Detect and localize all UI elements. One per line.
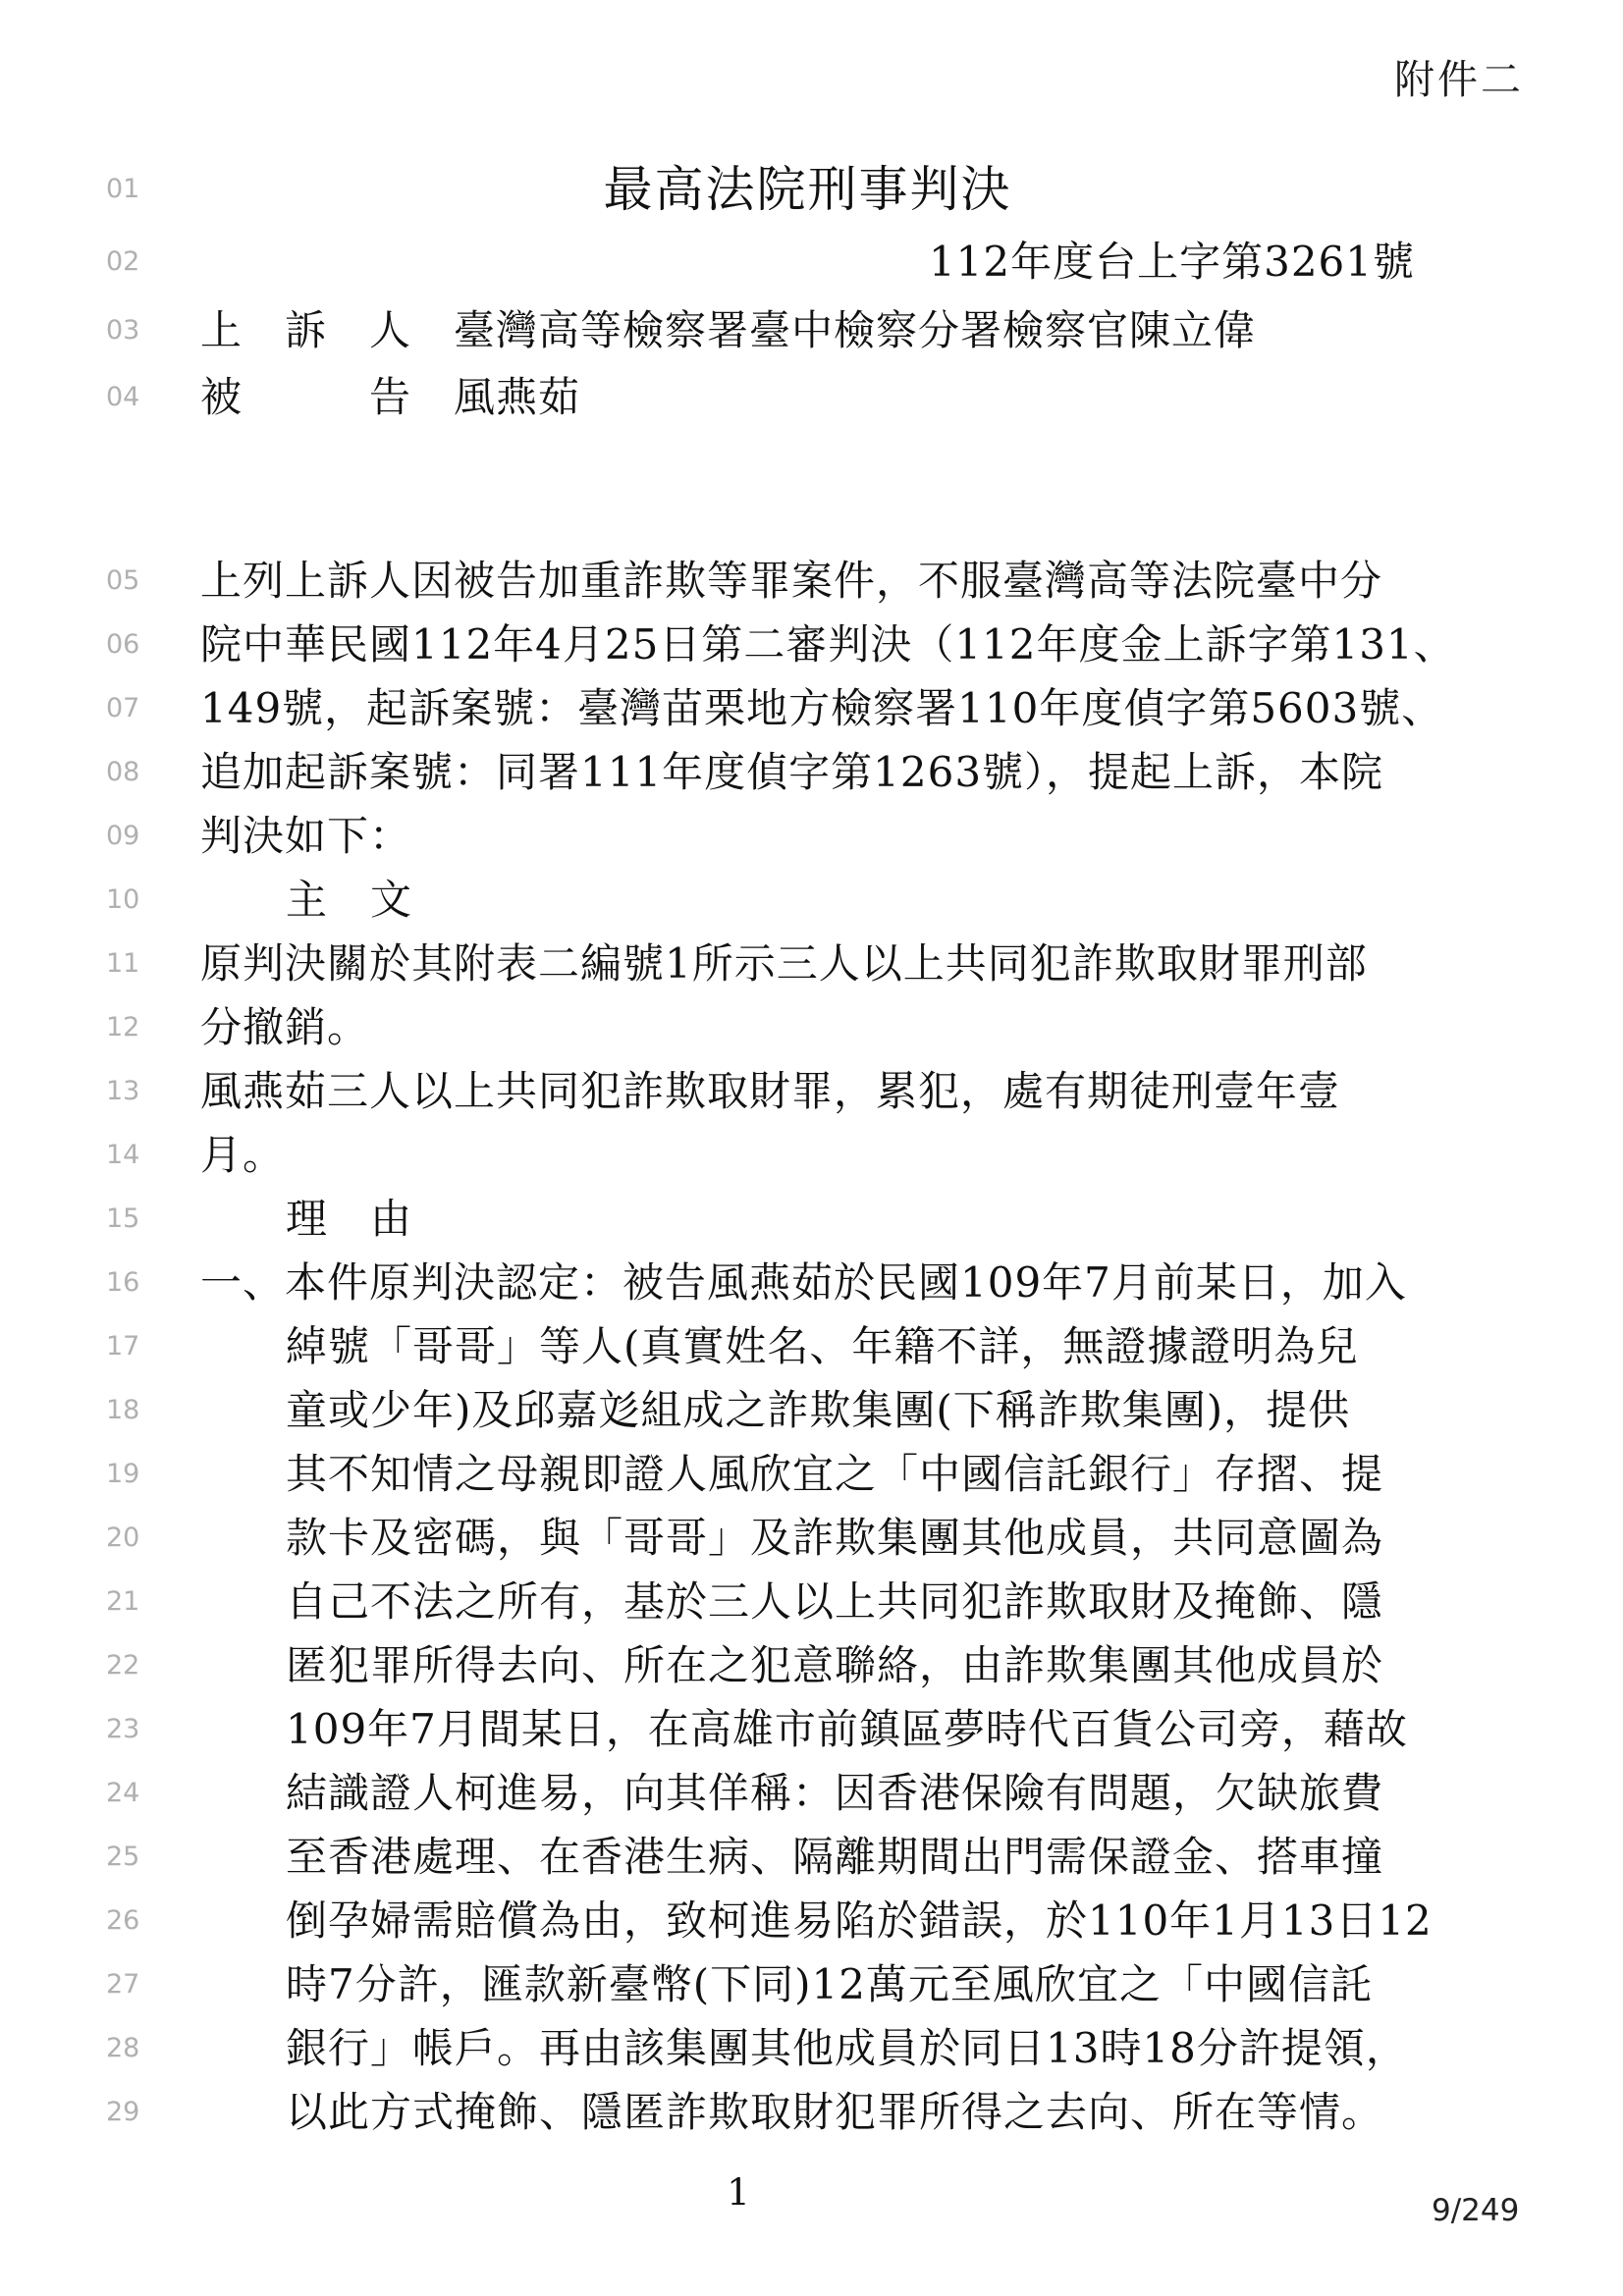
line-number: 06 [106, 614, 175, 676]
line-text: 款卡及密碼，與「哥哥」及詐欺集團其他成員，共同意圖為 [286, 1507, 1383, 1570]
judgment-line: 17 綽號「哥哥」等人(真實姓名、年籍不詳，無證據證明為兒 [0, 1315, 1623, 1378]
line-number: 11 [106, 933, 175, 995]
judgment-line: 29 以此方式掩飾、隱匿詐欺取財犯罪所得之去向、所在等情。 [0, 2081, 1623, 2144]
judgment-line: 19 其不知情之母親即證人風欣宜之「中國信託銀行」存摺、提 [0, 1443, 1623, 1506]
judgment-line: 20 款卡及密碼，與「哥哥」及詐欺集團其他成員，共同意圖為 [0, 1507, 1623, 1570]
line-text: 時7分許，匯款新臺幣(下同)12萬元至風欣宜之「中國信託 [286, 1953, 1373, 2016]
line-number: 14 [106, 1124, 175, 1187]
line-text: 分撤銷。 [200, 996, 369, 1059]
line-text: 風燕茹三人以上共同犯詐欺取財罪，累犯，處有期徒刑壹年壹 [200, 1060, 1340, 1123]
line-number: 20 [106, 1507, 175, 1570]
appellant-line: 上 訴 人 臺灣高等檢察署臺中檢察分署檢察官陳立偉 [200, 299, 1256, 362]
line-number: 22 [106, 1634, 175, 1697]
judgment-line: 21 自己不法之所有，基於三人以上共同犯詐欺取財及掩飾、隱 [0, 1571, 1623, 1633]
judgment-line: 25 至香港處理、在香港生病、隔離期間出門需保證金、搭車撞 [0, 1826, 1623, 1889]
judgment-line: 26 倒孕婦需賠償為由，致柯進易陷於錯誤，於110年1月13日12 [0, 1890, 1623, 1952]
judgment-line: 08 追加起訴案號：同署111年度偵字第1263號），提起上訴，本院 [0, 741, 1623, 804]
line-number: 17 [106, 1315, 175, 1378]
judgment-line: 24 結識證人柯進易，向其佯稱：因香港保險有問題，欠缺旅費 [0, 1762, 1623, 1825]
judgment-line: 27 時7分許，匯款新臺幣(下同)12萬元至風欣宜之「中國信託 [0, 1953, 1623, 2016]
line-text: 銀行」帳戶。再由該集團其他成員於同日13時18分許提領， [286, 2017, 1408, 2080]
line-text: 倒孕婦需賠償為由，致柯進易陷於錯誤，於110年1月13日12 [286, 1890, 1433, 1952]
line-text: 匿犯罪所得去向、所在之犯意聯絡，由詐欺集團其他成員於 [286, 1634, 1383, 1697]
line-number: 05 [106, 550, 175, 613]
judgment-line: 06 院中華民國112年4月25日第二審判決（112年度金上訴字第131、 [0, 614, 1623, 676]
judgment-line: 07 149號，起訴案號：臺灣苗栗地方檢察署110年度偵字第5603號、 [0, 677, 1623, 740]
line-text: 149號，起訴案號：臺灣苗栗地方檢察署110年度偵字第5603號、 [200, 677, 1443, 740]
line-number: 15 [106, 1188, 175, 1251]
line-number: 10 [106, 869, 175, 932]
reasons-heading: 理 由 [286, 1188, 412, 1251]
line-number: 16 [106, 1252, 175, 1314]
line-text: 原判決關於其附表二編號1所示三人以上共同犯詐欺取財罪刑部 [200, 933, 1368, 995]
line-text: 其不知情之母親即證人風欣宜之「中國信託銀行」存摺、提 [286, 1443, 1383, 1506]
judgment-line: 01 最高法院刑事判決 [0, 154, 1623, 225]
judgment-line: 16 一、本件原判決認定：被告風燕茹於民國109年7月前某日，加入 [0, 1252, 1623, 1314]
pagination-counter: 9/249 [1432, 2193, 1519, 2228]
line-number: 23 [106, 1698, 175, 1761]
line-text: 以此方式掩飾、隱匿詐欺取財犯罪所得之去向、所在等情。 [286, 2081, 1383, 2144]
judgment-line: 13 風燕茹三人以上共同犯詐欺取財罪，累犯，處有期徒刑壹年壹 [0, 1060, 1623, 1123]
main-text-heading: 主 文 [286, 869, 412, 932]
line-number: 21 [106, 1571, 175, 1633]
judgment-line: 05 上列上訴人因被告加重詐欺等罪案件，不服臺灣高等法院臺中分 [0, 550, 1623, 613]
line-text: 追加起訴案號：同署111年度偵字第1263號），提起上訴，本院 [200, 741, 1383, 804]
line-text: 判決如下： [200, 805, 411, 868]
judgment-line: 09 判決如下： [0, 805, 1623, 868]
judgment-line: 23 109年7月間某日，在高雄市前鎮區夢時代百貨公司旁，藉故 [0, 1698, 1623, 1761]
line-text: 月。 [200, 1124, 285, 1187]
line-text: 109年7月間某日，在高雄市前鎮區夢時代百貨公司旁，藉故 [286, 1698, 1408, 1761]
defendant-line: 被 告 風燕茹 [200, 366, 580, 429]
judgment-line: 04 被 告 風燕茹 [0, 366, 1623, 429]
line-text: 至香港處理、在香港生病、隔離期間出門需保證金、搭車撞 [286, 1826, 1383, 1889]
line-number: 07 [106, 677, 175, 740]
line-number: 03 [106, 299, 175, 362]
line-number: 27 [106, 1953, 175, 2016]
line-number: 01 [106, 154, 175, 225]
page-number: 1 [687, 2171, 789, 2214]
line-text: 綽號「哥哥」等人(真實姓名、年籍不詳，無證據證明為兒 [286, 1315, 1358, 1378]
judgment-line: 28 銀行」帳戶。再由該集團其他成員於同日13時18分許提領， [0, 2017, 1623, 2080]
judgment-line: 02 112年度台上字第3261號 [0, 231, 1623, 294]
judgment-line: 11 原判決關於其附表二編號1所示三人以上共同犯詐欺取財罪刑部 [0, 933, 1623, 995]
line-number: 24 [106, 1762, 175, 1825]
line-number: 18 [106, 1379, 175, 1442]
line-number: 19 [106, 1443, 175, 1506]
line-number: 02 [106, 231, 175, 294]
line-number: 29 [106, 2081, 175, 2144]
line-number: 13 [106, 1060, 175, 1123]
judgment-line: 18 童或少年)及邱嘉彣組成之詐欺集團(下稱詐欺集團)，提供 [0, 1379, 1623, 1442]
line-number: 25 [106, 1826, 175, 1889]
line-number: 08 [106, 741, 175, 804]
line-number: 04 [106, 366, 175, 429]
case-number: 112年度台上字第3261號 [200, 231, 1415, 294]
line-text: 院中華民國112年4月25日第二審判決（112年度金上訴字第131、 [200, 614, 1456, 676]
line-text: 結識證人柯進易，向其佯稱：因香港保險有問題，欠缺旅費 [286, 1762, 1383, 1825]
line-text: 上列上訴人因被告加重詐欺等罪案件，不服臺灣高等法院臺中分 [200, 550, 1382, 613]
line-text: 童或少年)及邱嘉彣組成之詐欺集團(下稱詐欺集團)，提供 [286, 1379, 1350, 1442]
attachment-label: 附件二 [1394, 47, 1524, 105]
judgment-line: 03 上 訴 人 臺灣高等檢察署臺中檢察分署檢察官陳立偉 [0, 299, 1623, 362]
document-title: 最高法院刑事判決 [200, 154, 1415, 225]
line-number: 26 [106, 1890, 175, 1952]
judgment-line: 15 理 由 [0, 1188, 1623, 1251]
line-text: 一、本件原判決認定：被告風燕茹於民國109年7月前某日，加入 [200, 1252, 1407, 1314]
judgment-line: 22 匿犯罪所得去向、所在之犯意聯絡，由詐欺集團其他成員於 [0, 1634, 1623, 1697]
line-number: 28 [106, 2017, 175, 2080]
judgment-line: 12 分撤銷。 [0, 996, 1623, 1059]
line-number: 12 [106, 996, 175, 1059]
judgment-line: 10 主 文 [0, 869, 1623, 932]
judgment-line: 14 月。 [0, 1124, 1623, 1187]
document-page: 附件二 01 最高法院刑事判決 02 112年度台上字第3261號 03 上 訴… [0, 0, 1623, 2296]
line-number: 09 [106, 805, 175, 868]
line-text: 自己不法之所有，基於三人以上共同犯詐欺取財及掩飾、隱 [286, 1571, 1383, 1633]
